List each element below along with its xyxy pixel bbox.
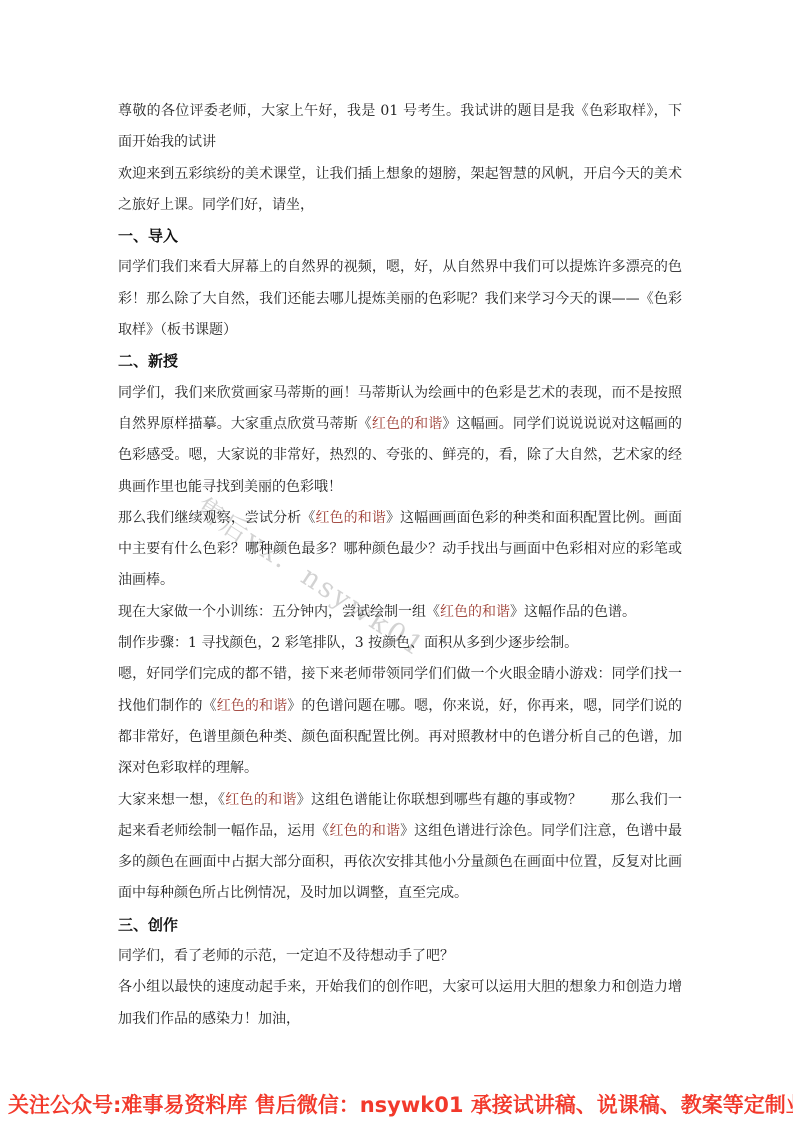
highlighted-artwork-title: 红色的和谐 xyxy=(217,698,288,714)
section-heading: 二、新授 xyxy=(118,346,682,377)
text-segment: 》这幅作品的色谱。 xyxy=(510,604,636,620)
paragraph: 欢迎来到五彩缤纷的美术课堂，让我们插上想象的翅膀，架起智慧的风帆，开启今天的美术… xyxy=(118,159,682,222)
highlighted-artwork-title: 红色的和谐 xyxy=(372,416,443,432)
highlighted-artwork-title: 红色的和谐 xyxy=(440,604,510,620)
paragraph: 同学们，看了老师的示范，一定迫不及待想动手了吧？ xyxy=(118,941,682,972)
footer-promo-text: 关注公众号:难事易资料库 售后微信：nsywk01 承接试讲稿、说课稿、教案等定… xyxy=(8,1089,790,1119)
highlighted-artwork-title: 红色的和谐 xyxy=(225,792,296,808)
text-segment: 大家来想一想，《 xyxy=(118,792,225,808)
paragraph: 大家来想一想，《红色的和谐》这组色谱能让你联想到哪些有趣的事或物？ 那么我们一起… xyxy=(118,785,682,910)
text-segment: 二、新授 xyxy=(118,352,178,370)
text-segment: 尊敬的各位评委老师，大家上午好，我是 01 号考生。我试讲的题目是我《色彩取样》… xyxy=(118,103,682,150)
text-segment: 三、创作 xyxy=(118,916,178,934)
text-segment: 那么我们继续观察，尝试分析《 xyxy=(118,510,315,526)
text-segment: 一、导入 xyxy=(118,227,178,245)
paragraph: 那么我们继续观察，尝试分析《红色的和谐》这幅画画面色彩的种类和面积配置比例。画面… xyxy=(118,503,682,597)
document-page: 售后vx．nsywk01 尊敬的各位评委老师，大家上午好，我是 01 号考生。我… xyxy=(0,0,793,1122)
highlighted-artwork-title: 红色的和谐 xyxy=(315,510,386,526)
text-segment: 同学们我们来看大屏幕上的自然界的视频，嗯，好，从自然界中我们可以提炼许多漂亮的色… xyxy=(118,259,682,338)
paragraph: 现在大家做一个小训练：五分钟内，尝试绘制一组《红色的和谐》这幅作品的色谱。 xyxy=(118,597,682,628)
text-segment: 制作步骤：1 寻找颜色，2 彩笔排队，3 按颜色、面积从多到少逐步绘制。 xyxy=(118,635,578,651)
paragraph: 制作步骤：1 寻找颜色，2 彩笔排队，3 按颜色、面积从多到少逐步绘制。 xyxy=(118,628,682,659)
paragraph: 嗯，好同学们完成的都不错，接下来老师带领同学们们做一个火眼金睛小游戏：同学们找一… xyxy=(118,659,682,784)
document-body: 尊敬的各位评委老师，大家上午好，我是 01 号考生。我试讲的题目是我《色彩取样》… xyxy=(118,96,682,1035)
text-segment: 现在大家做一个小训练：五分钟内，尝试绘制一组《 xyxy=(118,604,440,620)
text-segment: 欢迎来到五彩缤纷的美术课堂，让我们插上想象的翅膀，架起智慧的风帆，开启今天的美术… xyxy=(118,166,682,213)
section-heading: 一、导入 xyxy=(118,221,682,252)
text-segment: 同学们，看了老师的示范，一定迫不及待想动手了吧？ xyxy=(118,948,454,964)
section-heading: 三、创作 xyxy=(118,910,682,941)
paragraph: 尊敬的各位评委老师，大家上午好，我是 01 号考生。我试讲的题目是我《色彩取样》… xyxy=(118,96,682,159)
text-segment: 各小组以最快的速度动起手来，开始我们的创作吧，大家可以运用大胆的想象力和创造力增… xyxy=(118,979,682,1026)
paragraph: 同学们，我们来欣赏画家马蒂斯的画！马蒂斯认为绘画中的色彩是艺术的表现，而不是按照… xyxy=(118,378,682,503)
paragraph: 各小组以最快的速度动起手来，开始我们的创作吧，大家可以运用大胆的想象力和创造力增… xyxy=(118,972,682,1035)
highlighted-artwork-title: 红色的和谐 xyxy=(330,823,401,839)
paragraph: 同学们我们来看大屏幕上的自然界的视频，嗯，好，从自然界中我们可以提炼许多漂亮的色… xyxy=(118,252,682,346)
